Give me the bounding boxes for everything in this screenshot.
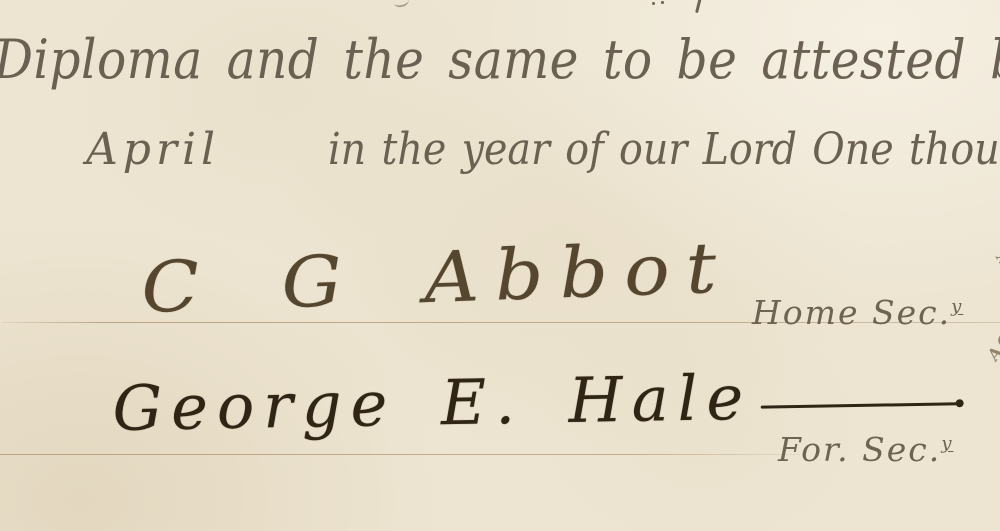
svg-text:ACADEMY: ACADEMY — [983, 244, 1000, 367]
foreign-secretary-superscript: y — [941, 433, 953, 454]
foreign-secretary-label: For. Sec.y — [778, 430, 953, 469]
cropped-pen-stroke-icon — [393, 0, 410, 8]
signature-abbot: C G Abbot — [140, 226, 734, 329]
signature-hale-text: George E. Hale — [112, 361, 753, 445]
calligraphy-year-of-our-lord: in the year of our Lord One thousand — [328, 124, 1000, 175]
signature-flourish-tail — [760, 402, 960, 408]
calligraphy-month-april: April — [86, 124, 220, 175]
home-secretary-label: Home Sec.y — [752, 293, 963, 332]
cropped-ink-dot-icon — [661, 1, 664, 4]
signature-rule-foreign-secretary — [0, 454, 800, 455]
cropped-pen-stroke-icon — [695, 0, 701, 13]
cropped-ink-dot-icon — [652, 2, 655, 5]
diploma-photo: Diploma and the same to be attested by t… — [0, 0, 1000, 531]
home-secretary-title-text: Home Sec. — [752, 293, 951, 332]
seal-text: ACADEMY — [983, 244, 1000, 367]
foreign-secretary-title-text: For. Sec. — [778, 430, 941, 469]
home-secretary-superscript: y — [951, 296, 963, 317]
calligraphy-line-attested: Diploma and the same to be attested by t… — [0, 28, 1000, 91]
